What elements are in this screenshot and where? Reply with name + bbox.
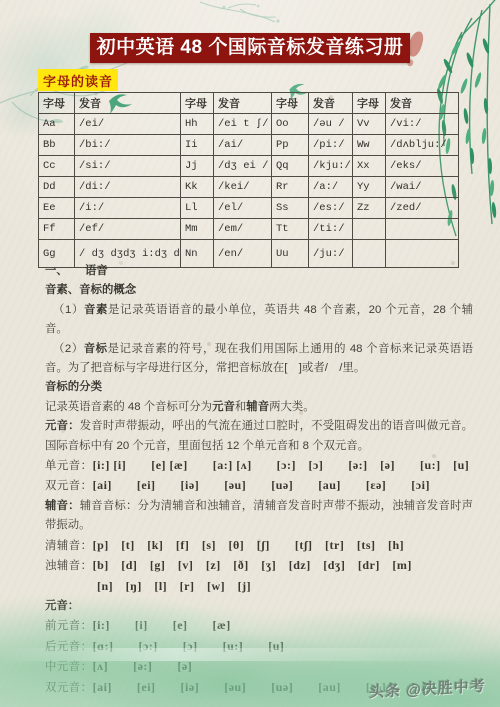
table-row: Ee/i:/Ll/el/Ss/es:/Zz/zed/	[39, 198, 459, 219]
table-row: Cc/si:/Jj/dʒ ei /Qq/kju:/Xx/eks/	[39, 156, 459, 177]
section-1-heading: 一、 语音	[45, 262, 473, 281]
section-header-letters: 字母的读音	[38, 69, 118, 91]
vowel-heading: 元音：	[45, 597, 473, 616]
table-cell-letter: Ll	[181, 198, 214, 219]
table-row: Aa/ei/Hh/ei t ʃ/Oo/əu /Vv/vi:/	[39, 114, 459, 135]
table-cell-sound: /ei/	[75, 114, 181, 135]
table-cell-letter: Vv	[353, 114, 386, 135]
table-cell-letter: Qq	[272, 156, 309, 177]
table-cell-letter: Bb	[39, 135, 75, 156]
worksheet-page: 初中英语 48 个国际音标发音练习册 字母的读音 字母发音字母发音字母发音字母发…	[0, 0, 500, 707]
table-cell-sound: /bi:/	[75, 135, 181, 156]
table-cell-letter: Ff	[39, 219, 75, 240]
table-cell-sound: /pi:/	[309, 135, 353, 156]
table-cell-letter: Rr	[272, 177, 309, 198]
table-cell-sound: /si:/	[75, 156, 181, 177]
document-body: 一、 语音 音素、音标的概念 （1）音素是记录英语语音的最小单位，英语共 48 …	[45, 262, 473, 698]
table-cell-letter: Jj	[181, 156, 214, 177]
table-cell-letter: Zz	[353, 198, 386, 219]
consonant-definition: 辅音：辅音音标：分为清辅音和浊辅音，清辅音发音时声带不振动，浊辅音发音时声带振动…	[45, 497, 473, 536]
table-header-cell: 字母	[272, 93, 309, 114]
table-header-cell: 字母	[353, 93, 386, 114]
monophthong-line: 单元音：[i:] [i] [e] [æ] [a:] [ʌ] [ɔ:] [ɔ] […	[45, 456, 473, 476]
classification-heading: 音标的分类	[45, 378, 473, 397]
table-cell-sound: /vi:/	[386, 114, 459, 135]
table-cell-sound: /ef/	[75, 219, 181, 240]
table-cell-sound: /em/	[214, 219, 272, 240]
table-header-cell: 字母	[181, 93, 214, 114]
table-cell-letter: Ee	[39, 198, 75, 219]
mid-vowel-line: 中元音：[ʌ] [ə:] [ə]	[45, 657, 473, 677]
table-header-cell: 发音	[75, 93, 181, 114]
table-cell-letter: Dd	[39, 177, 75, 198]
table-cell-letter: Hh	[181, 114, 214, 135]
voiced-line-2: [n] [ŋ] [l] [r] [w] [j]	[45, 577, 473, 597]
table-cell-sound: /eks/	[386, 156, 459, 177]
table-cell-letter: Tt	[272, 219, 309, 240]
voiceless-line: 清辅音：[p] [t] [k] [f] [s] [θ] [ʃ] [tʃ] [tr…	[45, 536, 473, 556]
table-cell-sound: /el/	[214, 198, 272, 219]
table-header-cell: 发音	[386, 93, 459, 114]
table-cell-letter: Mm	[181, 219, 214, 240]
table-cell-sound: /kju:/	[309, 156, 353, 177]
table-header-cell: 发音	[309, 93, 353, 114]
table-cell-sound: /ei t ʃ/	[214, 114, 272, 135]
table-header: 字母发音字母发音字母发音字母发音	[39, 93, 459, 114]
voiced-line-1: 浊辅音：[b] [d] [g] [v] [z] [ð] [ʒ] [dz] [dʒ…	[45, 556, 473, 576]
table-cell-sound: /es:/	[309, 198, 353, 219]
table-cell-sound: /zed/	[386, 198, 459, 219]
table-cell-letter: Ss	[272, 198, 309, 219]
paragraph-phonetic-symbol: （2）音标是记录音素的符号，现在我们用国际上通用的 48 个音标来记录英语语音。…	[45, 340, 473, 379]
table-cell-sound	[386, 219, 459, 240]
table-cell-letter: Oo	[272, 114, 309, 135]
table-cell-sound: /ti:/	[309, 219, 353, 240]
table-cell-sound: /i:/	[75, 198, 181, 219]
table-cell-sound: /əu /	[309, 114, 353, 135]
page-title: 初中英语 48 个国际音标发音练习册	[90, 33, 410, 63]
table-cell-letter: Yy	[353, 177, 386, 198]
table-cell-sound: /dʒ ei /	[214, 156, 272, 177]
table-cell-letter: Kk	[181, 177, 214, 198]
vowel-definition: 元音：发音时声带振动，呼出的气流在通过口腔时，不受阻碍发出的语音叫做元音。国际音…	[45, 417, 473, 456]
paragraph-phoneme: （1）音素是记录英语语音的最小单位，英语共 48 个音素，20 个元音，28 个…	[45, 301, 473, 340]
table-cell-sound: /di:/	[75, 177, 181, 198]
letters-table: 字母发音字母发音字母发音字母发音 Aa/ei/Hh/ei t ʃ/Oo/əu /…	[38, 92, 459, 268]
table-cell-sound: /kei/	[214, 177, 272, 198]
table-cell-letter	[353, 219, 386, 240]
table-row: Dd/di:/Kk/kei/Rr/a:/Yy/wai/	[39, 177, 459, 198]
paper-specks	[0, 0, 2, 2]
table-cell-sound: /dʌblju:/	[386, 135, 459, 156]
table-cell-sound: /a:/	[309, 177, 353, 198]
back-vowel-line: 后元音：[ɑ:] [ɔ:] [ɔ] [u:] [u]	[45, 637, 473, 657]
diphthong-line: 双元音：[ai] [ei] [iə] [əu] [uə] [au] [ɛə] […	[45, 476, 473, 496]
table-body: Aa/ei/Hh/ei t ʃ/Oo/əu /Vv/vi:/Bb/bi:/Ii/…	[39, 114, 459, 268]
concept-heading: 音素、音标的概念	[45, 281, 473, 300]
table-cell-letter: Ww	[353, 135, 386, 156]
table-cell-letter: Cc	[39, 156, 75, 177]
front-vowel-line: 前元音：[i:] [i] [e] [æ]	[45, 616, 473, 636]
table-cell-letter: Xx	[353, 156, 386, 177]
table-row: Ff/ef/Mm/em/Tt/ti:/	[39, 219, 459, 240]
table-cell-sound: /wai/	[386, 177, 459, 198]
table-cell-letter: Ii	[181, 135, 214, 156]
table-cell-letter: Aa	[39, 114, 75, 135]
table-row: Bb/bi:/Ii/ai/Pp/pi:/Ww/dʌblju:/	[39, 135, 459, 156]
table-cell-sound: /ai/	[214, 135, 272, 156]
paragraph-classification: 记录英语音素的 48 个音标可分为元音和辅音两大类。	[45, 398, 473, 417]
table-cell-letter: Pp	[272, 135, 309, 156]
table-header-cell: 发音	[214, 93, 272, 114]
table-header-cell: 字母	[39, 93, 75, 114]
